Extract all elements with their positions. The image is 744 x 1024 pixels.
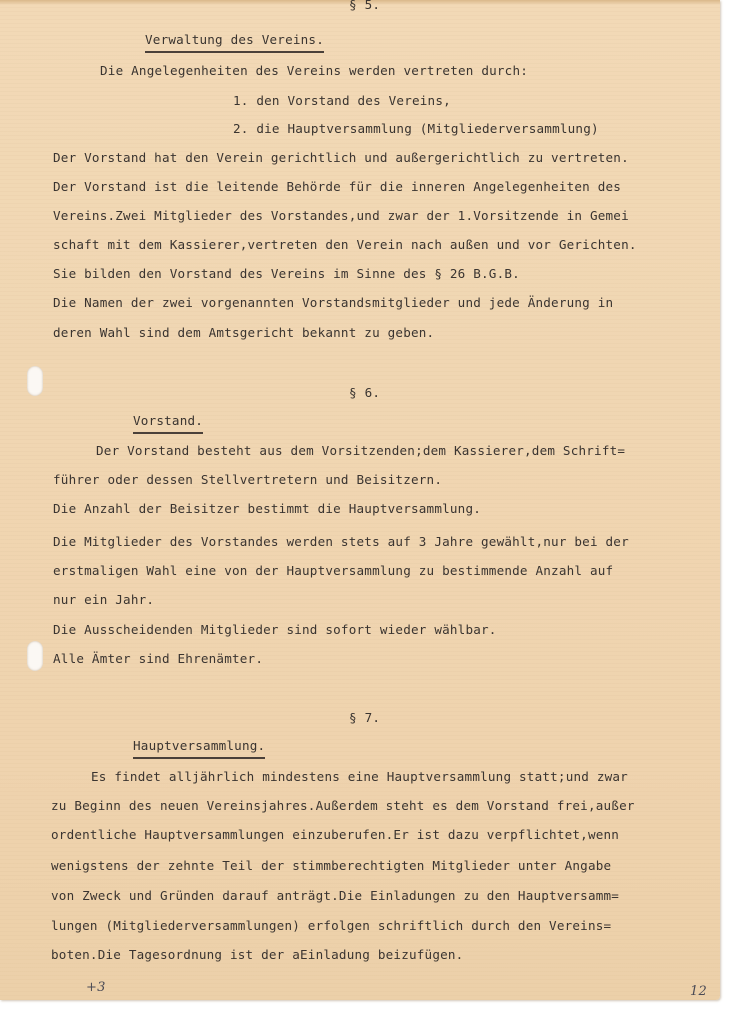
punch-hole: [27, 641, 43, 671]
text-line: nur ein Jahr.: [53, 592, 154, 608]
text-line: führer oder dessen Stellvertretern und B…: [53, 472, 442, 488]
section-heading: Hauptversammlung.: [133, 738, 265, 759]
text-line: Es findet alljährlich mindestens eine Ha…: [91, 769, 628, 785]
section-number: § 7.: [349, 710, 380, 726]
text-line: Vereins.Zwei Mitglieder des Vorstandes,u…: [53, 208, 629, 224]
handwritten-mark: +3: [86, 980, 106, 995]
text-line: ordentliche Hauptversammlungen einzuberu…: [51, 827, 619, 843]
text-line: lungen (Mitgliederversammlungen) erfolge…: [51, 918, 611, 934]
text-line: Die Ausscheidenden Mitglieder sind sofor…: [53, 622, 497, 638]
section-number: § 6.: [349, 385, 380, 401]
list-item: 2. die Hauptversammlung (Mitgliederversa…: [233, 121, 599, 137]
text-line: Die Angelegenheiten des Vereins werden v…: [100, 63, 528, 79]
text-line: von Zweck und Gründen darauf anträgt.Die…: [51, 888, 619, 904]
text-line: zu Beginn des neuen Vereinsjahres.Außerd…: [51, 798, 635, 814]
text-line: Der Vorstand ist die leitende Behörde fü…: [53, 179, 621, 195]
text-line: Der Vorstand besteht aus dem Vorsitzende…: [96, 443, 625, 459]
list-item: 1. den Vorstand des Vereins,: [233, 93, 451, 109]
text-line: boten.Die Tagesordnung ist der aEinladun…: [51, 947, 463, 963]
section-number: § 5.: [349, 0, 380, 13]
text-line: erstmaligen Wahl eine von der Hauptversa…: [53, 563, 613, 579]
text-line: Alle Ämter sind Ehrenämter.: [53, 651, 263, 667]
handwritten-page-number: 12: [690, 984, 707, 999]
text-line: deren Wahl sind dem Amtsgericht bekannt …: [53, 325, 434, 341]
text-line: Sie bilden den Vorstand des Vereins im S…: [53, 266, 520, 282]
text-line: Die Namen der zwei vorgenannten Vorstand…: [53, 295, 613, 311]
punch-hole: [27, 366, 43, 396]
section-heading: Verwaltung des Vereins.: [145, 32, 324, 53]
section-heading: Vorstand.: [133, 413, 203, 434]
text-line: Der Vorstand hat den Verein gerichtlich …: [53, 150, 629, 166]
text-line: Die Anzahl der Beisitzer bestimmt die Ha…: [53, 501, 481, 517]
text-line: schaft mit dem Kassierer,vertreten den V…: [53, 237, 637, 253]
text-line: Die Mitglieder des Vorstandes werden ste…: [53, 534, 629, 550]
document-page: § 5. Verwaltung des Vereins. Die Angeleg…: [0, 0, 720, 1000]
text-line: wenigstens der zehnte Teil der stimmbere…: [51, 858, 611, 874]
